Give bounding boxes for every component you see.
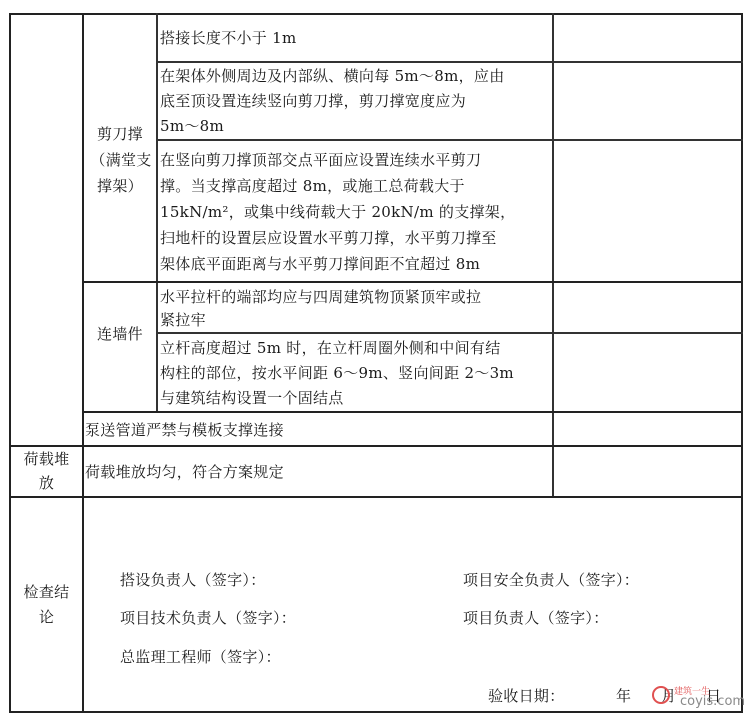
watermark: 建筑一生 coyis.com: [652, 682, 748, 712]
wall-ties-item-0-line-1: 紧拉牢: [160, 308, 206, 332]
load-stacking-label-line1: 荷载堆: [11, 447, 82, 471]
wall-ties-item-0-line-0: 水平拉杆的端部均应与四周建筑物顶紧顶牢或拉: [160, 285, 481, 309]
load-stacking-text: 荷载堆放均匀，符合方案规定: [85, 460, 284, 484]
watermark-logo-icon: [652, 686, 670, 704]
watermark-en-text: coyis.com: [680, 694, 745, 709]
acceptance-date-label: 验收日期：: [488, 684, 565, 708]
scissor-brace-label-line3: 撑架）: [84, 174, 156, 198]
pump-pipe-text: 泵送管道严禁与模板支撑连接: [85, 418, 284, 442]
wall-ties-item-1-line-1: 构柱的部位，按水平间距 6～9m、竖向间距 2～3m: [160, 361, 514, 385]
scissor-brace-item-1-line-0: 在架体外侧周边及内部纵、横向每 5m～8m，应由: [160, 64, 505, 88]
scissor-brace-item-1-line-1: 底至顶设置连续竖向剪刀撑，剪刀撑宽度应为: [160, 89, 466, 113]
col2-divider: [156, 13, 158, 413]
col1-divider: [82, 13, 84, 713]
scissor-brace-item-2-line-1: 撑。当支撑高度超过 8m，或施工总荷载大于: [160, 174, 465, 198]
row-divider-1: [156, 61, 743, 63]
conclusion-label-line1: 检查结: [11, 580, 82, 604]
wall-ties-label: 连墙件: [84, 322, 156, 346]
signature-erector[interactable]: 搭设负责人（签字）：: [120, 568, 266, 592]
scissor-brace-item-2-line-3: 扫地杆的设置层应设置水平剪刀撑，水平剪刀撑至: [160, 226, 497, 250]
load-stacking-label-line2: 放: [11, 471, 82, 495]
scissor-brace-item-2-line-4: 架体底平面距离与水平剪刀撑间距不宜超过 8m: [160, 252, 480, 276]
signature-chief-supervisor[interactable]: 总监理工程师（签字）：: [120, 645, 281, 669]
scissor-brace-item-1-line-2: 5m～8m: [160, 114, 224, 138]
table-border-top: [9, 13, 743, 15]
signature-project-manager[interactable]: 项目负责人（签字）：: [463, 606, 609, 630]
col3-divider: [552, 13, 554, 498]
scissor-brace-label-line1: 剪刀撑: [84, 122, 156, 146]
signature-safety-manager[interactable]: 项目安全负责人（签字）：: [463, 568, 639, 592]
row-divider-5: [82, 411, 743, 413]
conclusion-label-line2: 论: [11, 605, 82, 629]
row-divider-7: [9, 496, 743, 498]
wall-ties-item-1-line-0: 立杆高度超过 5m 时，在立杆周圈外侧和中间有结: [160, 336, 501, 360]
signature-tech-manager[interactable]: 项目技术负责人（签字）：: [120, 606, 296, 630]
table-border-bottom: [9, 711, 743, 713]
row-divider-4: [156, 332, 743, 334]
row-divider-6: [9, 445, 743, 447]
scissor-brace-item-2-line-0: 在竖向剪刀撑顶部交点平面应设置连续水平剪刀: [160, 148, 481, 172]
scissor-brace-item-0: 搭接长度不小于 1m: [160, 26, 297, 50]
wall-ties-item-1-line-2: 与建筑结构设置一个固结点: [160, 386, 344, 410]
row-divider-2: [156, 139, 743, 141]
row-divider-3: [82, 281, 743, 283]
scissor-brace-label-line2: （满堂支: [84, 148, 158, 172]
scissor-brace-item-2-line-2: 15kN/m²，或集中线荷载大于 20kN/m 的支撑架，: [160, 200, 515, 224]
table-border-right: [741, 13, 743, 713]
acceptance-date-year[interactable]: 年: [616, 684, 631, 708]
